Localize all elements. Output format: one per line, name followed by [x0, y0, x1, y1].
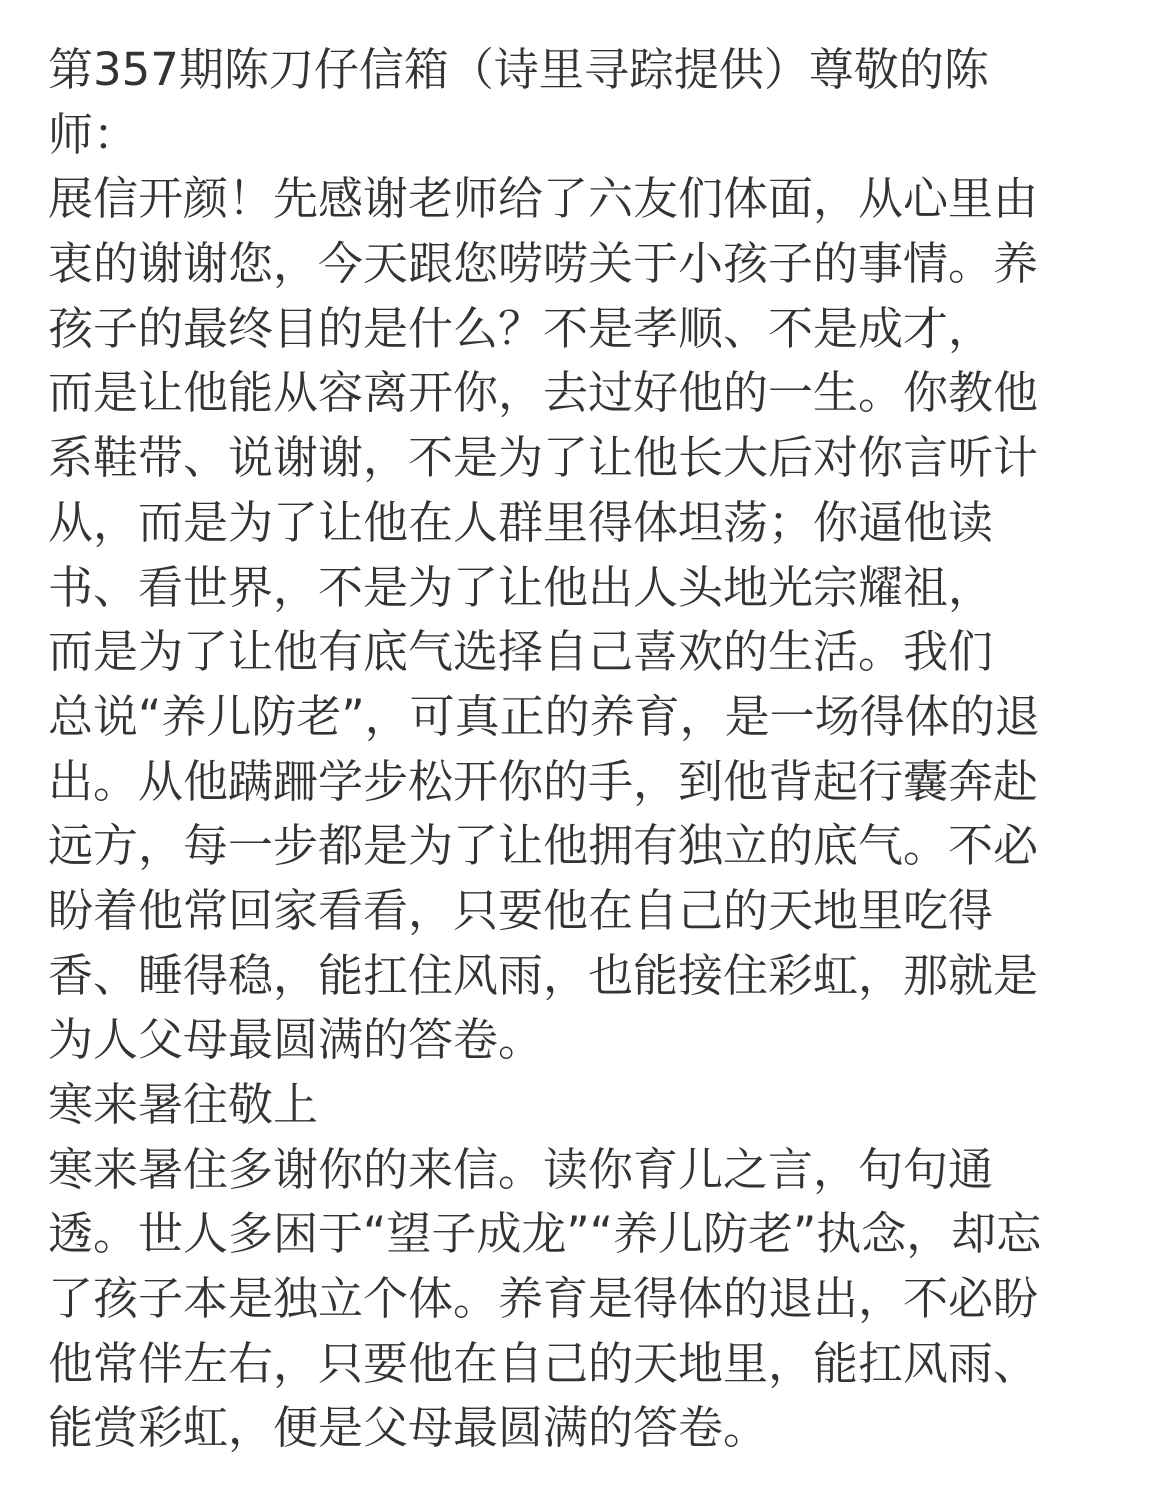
body-line: 衷的谢谢您，今天跟您唠唠关于小孩子的事情。养 [48, 232, 1118, 297]
body-line: 孩子的最终目的是什么？不是孝顺、不是成才， [48, 297, 1118, 362]
letter-signoff: 寒来暑往敬上 [48, 1073, 1118, 1138]
title-line: 第357期陈刀仔信箱（诗里寻踪提供）尊敬的陈 [48, 38, 1118, 103]
reply-line: 能赏彩虹，便是父母最圆满的答卷。 [48, 1396, 1118, 1461]
body-line: 盼着他常回家看看，只要他在自己的天地里吃得 [48, 879, 1118, 944]
reply-body: 寒来暑住多谢你的来信。读你育儿之言，句句通 透。世人多困于“望子成龙”“养儿防老… [48, 1138, 1118, 1461]
body-line: 展信开颜！先感谢老师给了六友们体面，从心里由 [48, 167, 1118, 232]
reply-line: 寒来暑住多谢你的来信。读你育儿之言，句句通 [48, 1138, 1118, 1203]
body-line: 从，而是为了让他在人群里得体坦荡；你逼他读 [48, 491, 1118, 556]
body-line: 香、睡得稳，能扛住风雨，也能接住彩虹，那就是 [48, 944, 1118, 1009]
letter-body: 展信开颜！先感谢老师给了六友们体面，从心里由 衷的谢谢您，今天跟您唠唠关于小孩子… [48, 167, 1118, 1073]
body-line: 出。从他蹒跚学步松开你的手，到他背起行囊奔赴 [48, 750, 1118, 815]
body-line: 而是为了让他有底气选择自己喜欢的生活。我们 [48, 620, 1118, 685]
letter-document: 第357期陈刀仔信箱（诗里寻踪提供）尊敬的陈 师： 展信开颜！先感谢老师给了六友… [48, 38, 1118, 1461]
reply-line: 了孩子本是独立个体。养育是得体的退出，不必盼 [48, 1267, 1118, 1332]
body-line: 总说“养儿防老”，可真正的养育，是一场得体的退 [48, 685, 1118, 750]
body-line: 远方，每一步都是为了让他拥有独立的底气。不必 [48, 814, 1118, 879]
body-line: 系鞋带、说谢谢，不是为了让他长大后对你言听计 [48, 426, 1118, 491]
body-line: 书、看世界，不是为了让他出人头地光宗耀祖， [48, 556, 1118, 621]
reply-line: 透。世人多困于“望子成龙”“养儿防老”执念，却忘 [48, 1202, 1118, 1267]
letter-title: 第357期陈刀仔信箱（诗里寻踪提供）尊敬的陈 师： [48, 38, 1118, 167]
body-line: 为人父母最圆满的答卷。 [48, 1008, 1118, 1073]
reply-line: 他常伴左右，只要他在自己的天地里，能扛风雨、 [48, 1332, 1118, 1397]
body-line: 而是让他能从容离开你，去过好他的一生。你教他 [48, 361, 1118, 426]
title-line: 师： [48, 103, 1118, 168]
